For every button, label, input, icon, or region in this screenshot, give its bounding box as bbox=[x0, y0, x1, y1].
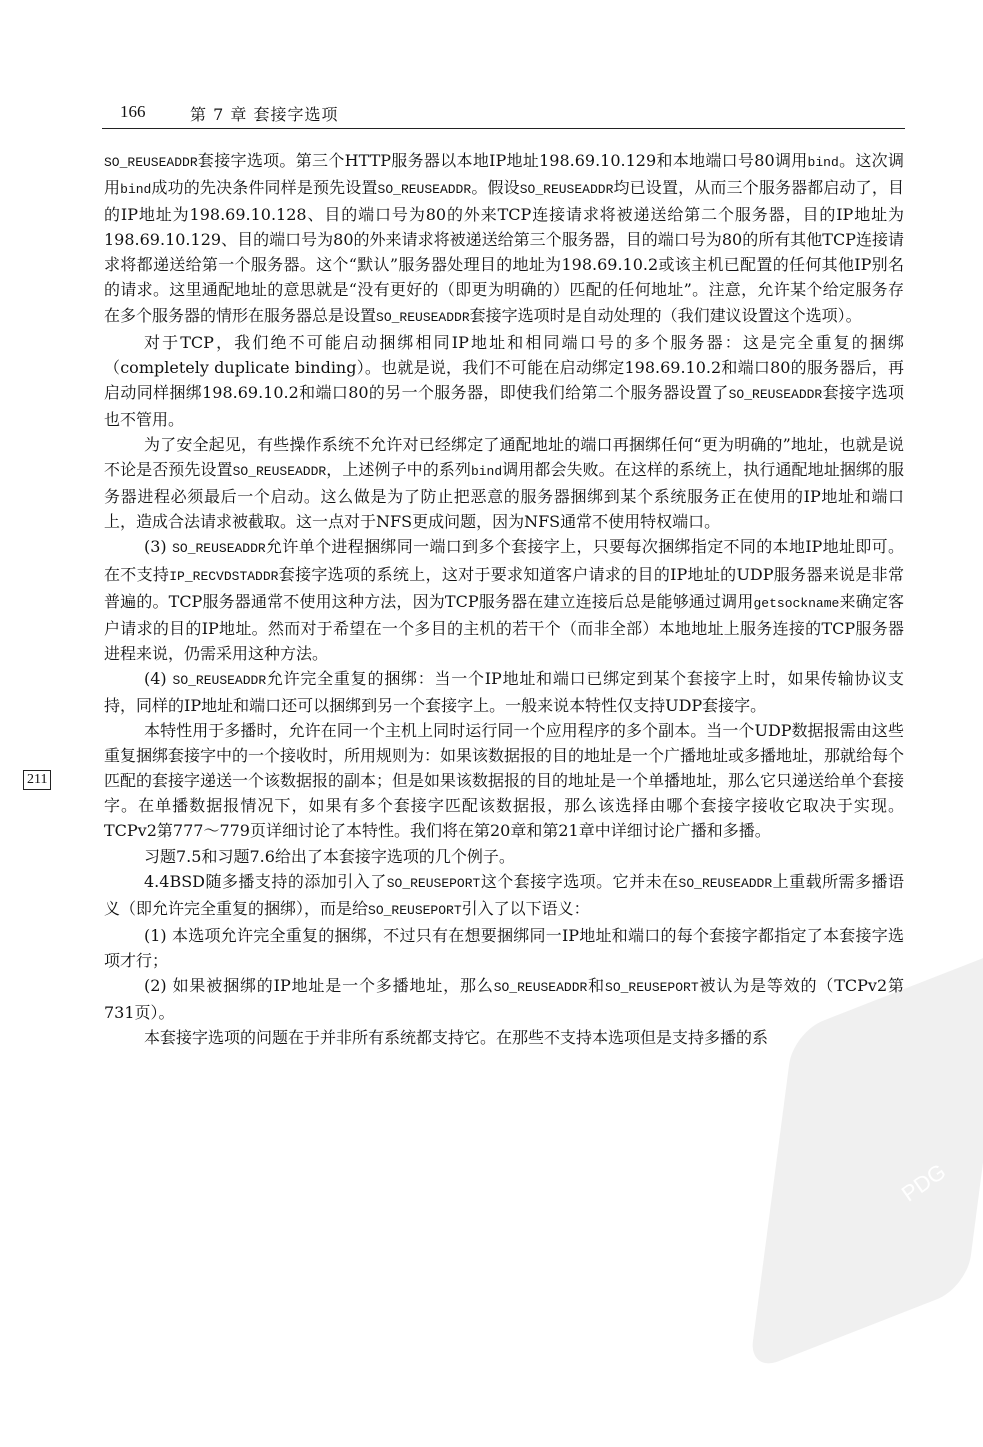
paragraph: SO_REUSEADDR套接字选项。第三个HTTP服务器以本地IP地址198.6… bbox=[104, 148, 904, 330]
text-run: 套接字选项时是自动处理的（我们建议设置这个选项）。 bbox=[470, 306, 862, 325]
paragraph: (1) 本选项允许完全重复的捆绑，不过只有在想要捆绑同一IP地址和端口的每个套接… bbox=[104, 923, 904, 973]
code-term: SO_REUSEPORT bbox=[387, 876, 481, 891]
code-term: SO_REUSEPORT bbox=[605, 980, 699, 995]
code-term: SO_REUSEADDR bbox=[494, 980, 588, 995]
text-run: (2) 如果被捆绑的IP地址是一个多播地址，那么 bbox=[144, 976, 494, 995]
code-term: bind bbox=[471, 464, 502, 479]
paragraph: 对于TCP，我们绝不可能启动捆绑相同IP地址和相同端口号的多个服务器：这是完全重… bbox=[104, 330, 904, 432]
text-run: (4) bbox=[144, 669, 173, 688]
text-run: 本特性用于多播时，允许在同一个主机上同时运行同一个应用程序的多个副本。当一个UD… bbox=[104, 721, 904, 840]
text-run: ，上述例子中的系列 bbox=[326, 460, 471, 479]
original-page-marker: 211 bbox=[23, 770, 51, 790]
paragraph: (4) SO_REUSEADDR允许完全重复的捆绑：当一个IP地址和端口已绑定到… bbox=[104, 666, 904, 718]
paragraph: 为了安全起见，有些操作系统不允许对已经绑定了通配地址的端口再捆绑任何“更为明确的… bbox=[104, 432, 904, 534]
text-run: 4.4BSD随多播支持的添加引入了 bbox=[144, 872, 387, 891]
paragraph: 习题7.5和习题7.6给出了本套接字选项的几个例子。 bbox=[104, 844, 904, 869]
paragraph: (2) 如果被捆绑的IP地址是一个多播地址，那么SO_REUSEADDR和SO_… bbox=[104, 973, 904, 1025]
text-run: 套接字选项。第三个HTTP服务器以本地IP地址198.69.10.129和本地端… bbox=[198, 151, 808, 170]
page-number: 166 bbox=[120, 102, 146, 122]
text-run: 成功的先决条件同样是预先设置 bbox=[151, 178, 377, 197]
code-term: SO_REUSEADDR bbox=[729, 387, 823, 402]
code-term: SO_REUSEADDR bbox=[172, 541, 266, 556]
code-term: bind bbox=[808, 155, 839, 170]
code-term: SO_REUSEADDR bbox=[520, 182, 614, 197]
text-run: 和 bbox=[587, 976, 605, 995]
code-term: IP_RECVDSTADDR bbox=[169, 569, 278, 584]
paragraph: 4.4BSD随多播支持的添加引入了SO_REUSEPORT这个套接字选项。它并未… bbox=[104, 869, 904, 923]
paragraph: 本套接字选项的问题在于并非所有系统都支持它。在那些不支持本选项但是支持多播的系 bbox=[104, 1025, 904, 1050]
running-header: 166 第 7 章 套接字选项 bbox=[102, 100, 905, 129]
code-term: SO_REUSEADDR bbox=[378, 182, 472, 197]
code-term: getsockname bbox=[754, 596, 840, 611]
code-term: SO_REUSEPORT bbox=[368, 903, 462, 918]
body-text: SO_REUSEADDR套接字选项。第三个HTTP服务器以本地IP地址198.6… bbox=[104, 148, 904, 1050]
code-term: bind bbox=[120, 182, 151, 197]
text-run: 引入了以下语义： bbox=[462, 899, 590, 918]
text-run: (1) 本选项允许完全重复的捆绑，不过只有在想要捆绑同一IP地址和端口的每个套接… bbox=[104, 926, 904, 970]
code-term: SO_REUSEADDR bbox=[376, 310, 470, 325]
chapter-title: 第 7 章 套接字选项 bbox=[190, 102, 338, 125]
code-term: SO_REUSEADDR bbox=[104, 155, 198, 170]
paragraph: (3) SO_REUSEADDR允许单个进程捆绑同一端口到多个套接字上，只要每次… bbox=[104, 534, 904, 665]
paragraph: 本特性用于多播时，允许在同一个主机上同时运行同一个应用程序的多个副本。当一个UD… bbox=[104, 718, 904, 843]
text-run: 。假设 bbox=[471, 178, 520, 197]
text-run: 习题7.5和习题7.6给出了本套接字选项的几个例子。 bbox=[144, 847, 515, 866]
code-term: SO_REUSEADDR bbox=[679, 876, 773, 891]
text-run: 这个套接字选项。它并未在 bbox=[480, 872, 678, 891]
code-term: SO_REUSEADDR bbox=[233, 464, 327, 479]
text-run: 均已设置，从而三个服务器都启动了，目的IP地址为198.69.10.128、目的… bbox=[104, 178, 904, 324]
text-run: 本套接字选项的问题在于并非所有系统都支持它。在那些不支持本选项但是支持多播的系 bbox=[144, 1028, 768, 1047]
code-term: SO_REUSEADDR bbox=[173, 673, 267, 688]
text-run: (3) bbox=[144, 537, 172, 556]
